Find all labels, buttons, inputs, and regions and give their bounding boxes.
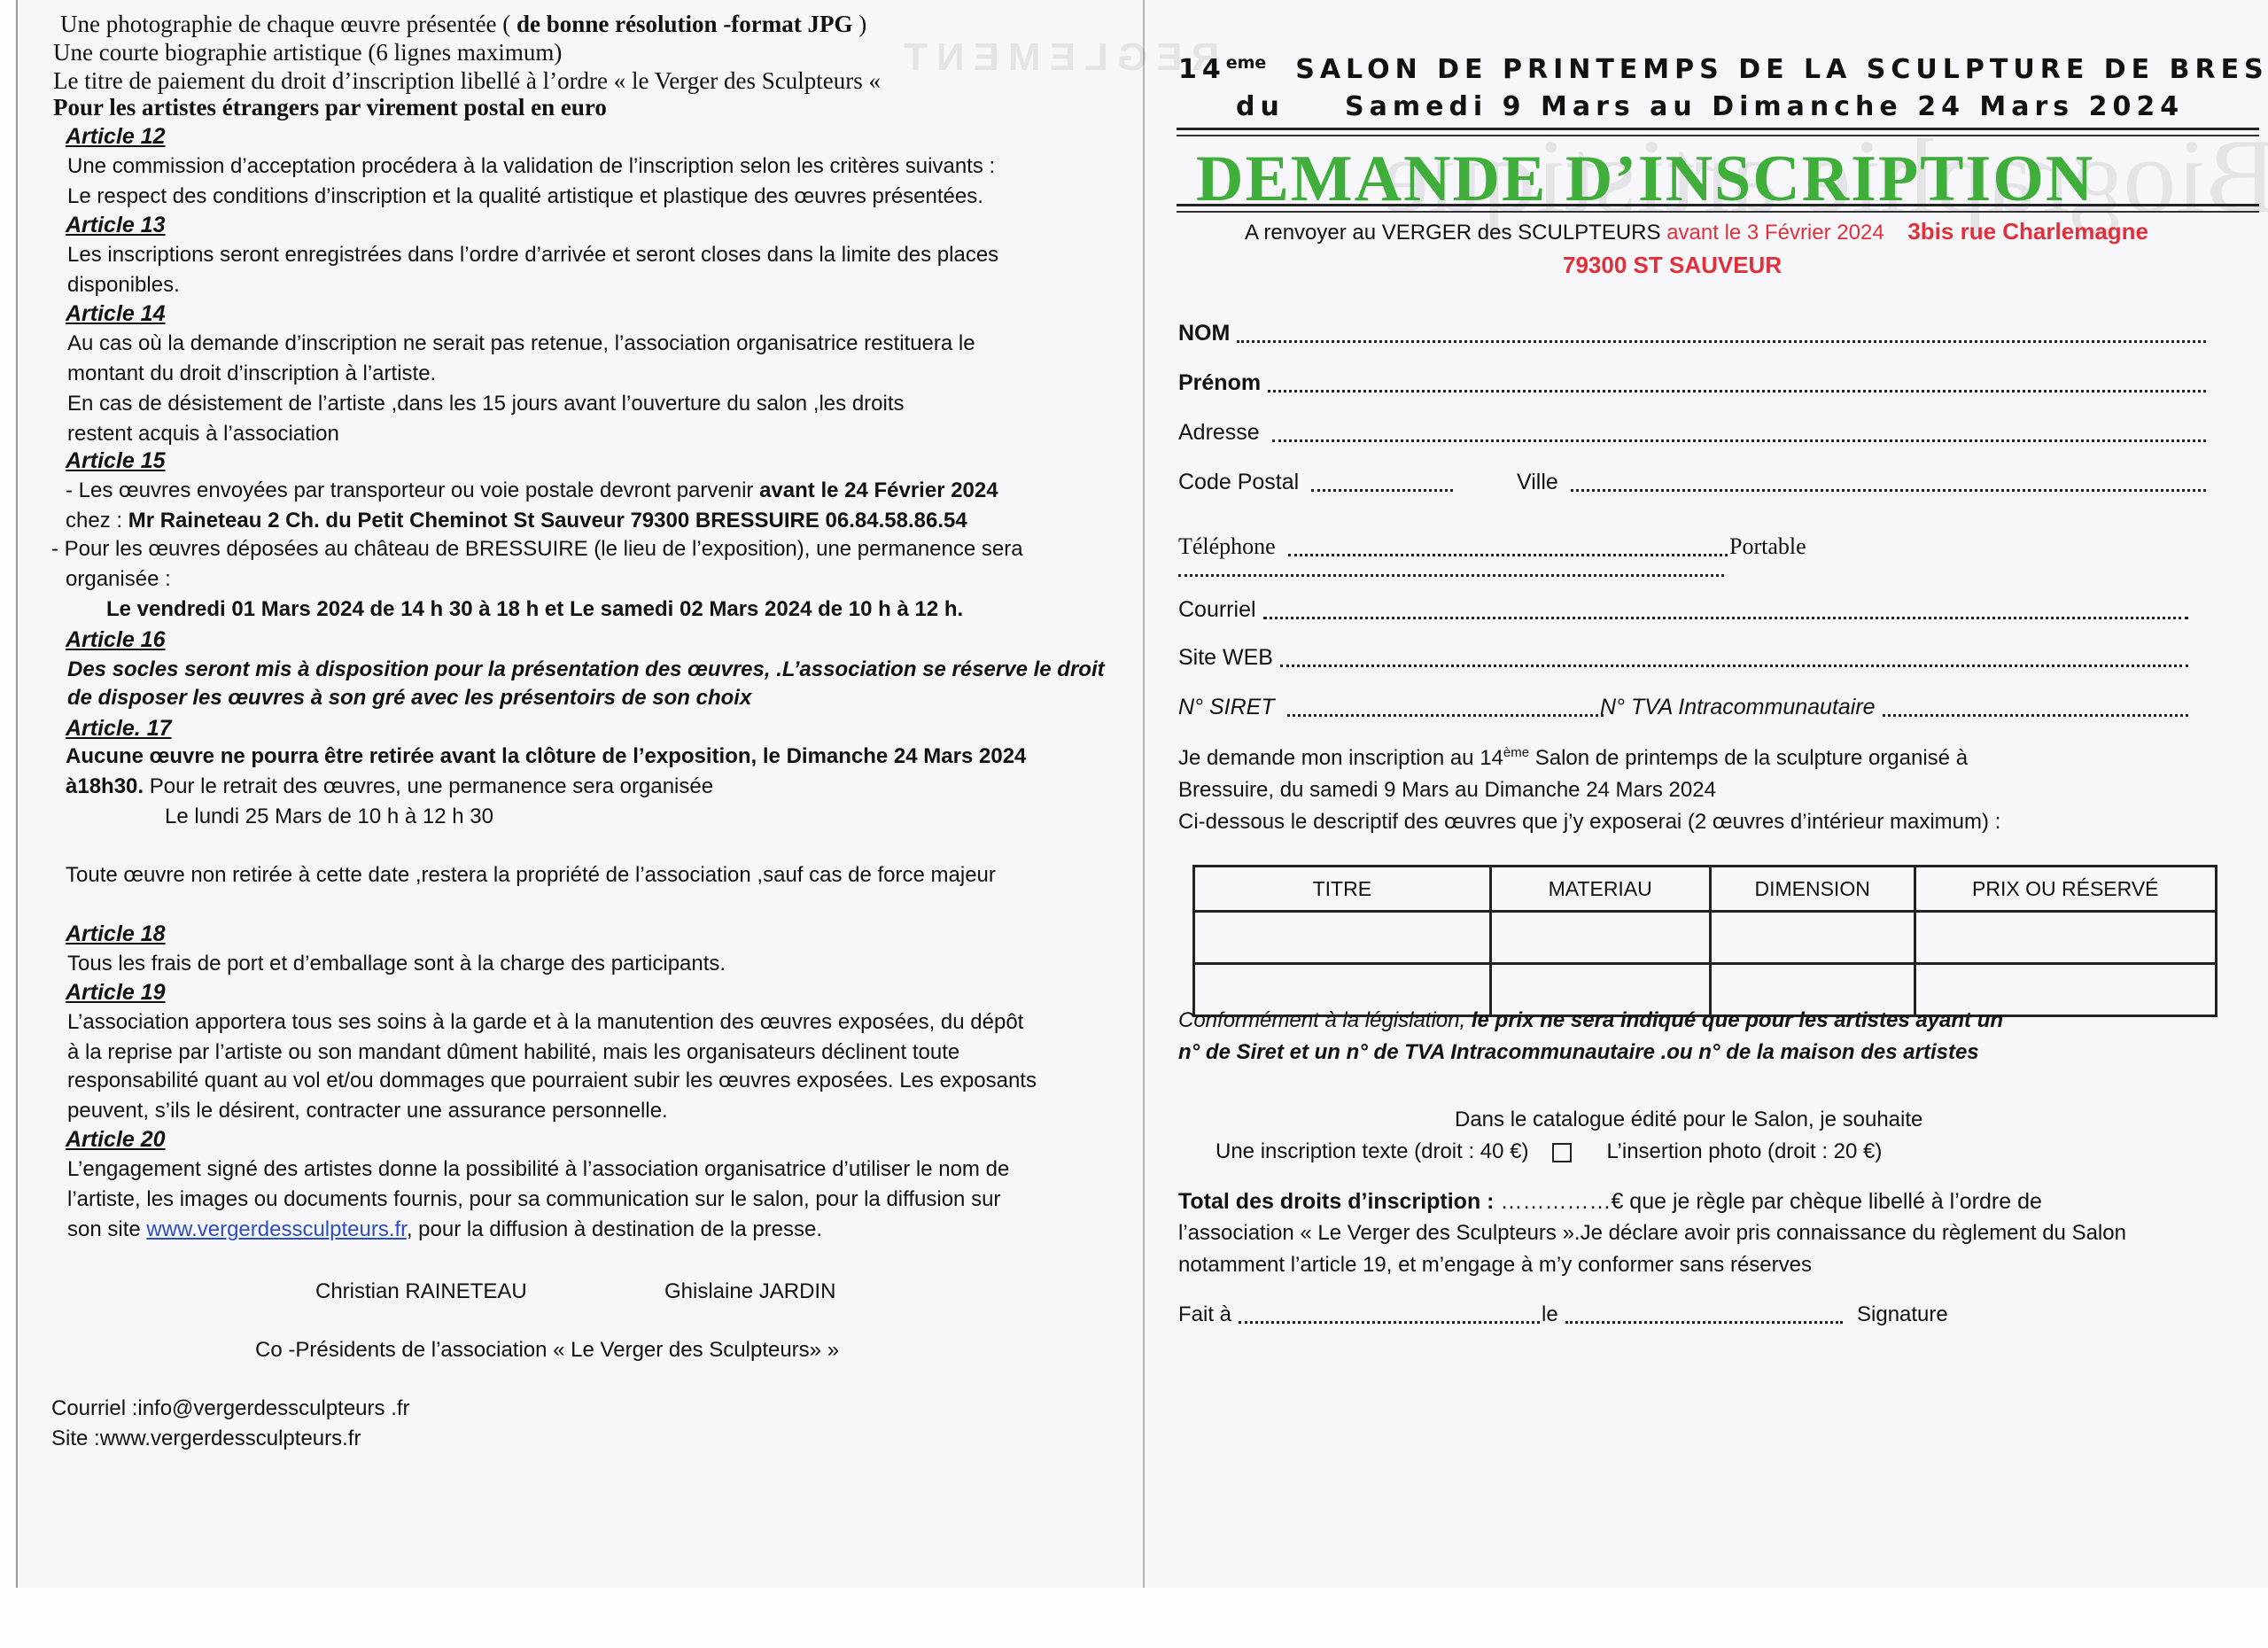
works-table: TITREMATERIAUDIMENSIONPRIX OU RÉSERVÉ	[1192, 865, 2218, 1017]
option-photo-label: L’insertion photo (droit : 20 €)	[1607, 1139, 1883, 1163]
article-line: à18h30. Pour le retrait des œuvres, une …	[66, 776, 713, 797]
adresse-field[interactable]: Adresse	[1178, 420, 2206, 446]
intro-line-photo: Une photographie de chaque œuvre présent…	[60, 12, 866, 36]
option-text-label: Une inscription texte (droit : 40 €)	[1216, 1139, 1529, 1163]
header-rule-top	[1177, 128, 2259, 136]
article-line: L’association apportera tous ses soins à…	[67, 1012, 1023, 1033]
article-line: restent acquis à l’association	[67, 424, 339, 445]
salon-header-dates: Samedi 9 Mars au Dimanche 24 Mars 2024	[1345, 94, 2184, 120]
legal-note-line-2: n° de Siret et un n° de TVA Intracommuna…	[1178, 1042, 1979, 1063]
article-title: Article. 17	[66, 718, 172, 740]
catalogue-options: Une inscription texte (droit : 40 €)L’in…	[1216, 1141, 1882, 1162]
salon-header-du: du	[1236, 94, 1285, 120]
site-web-field[interactable]: Site WEB	[1178, 645, 2188, 671]
works-column-header: MATERIAU	[1490, 867, 1710, 912]
contact-email[interactable]: Courriel :info@vergerdessculpteurs .fr	[51, 1398, 410, 1419]
fait-a-field[interactable]: Fait à	[1178, 1302, 1540, 1327]
salon-header-line1: 14eme SALON DE PRINTEMPS DE LA SCULPTURE…	[1178, 55, 2268, 83]
article-line: à la reprise par l’artiste ou son mandan…	[67, 1042, 959, 1063]
article-line: Le vendredi 01 Mars 2024 de 14 h 30 à 18…	[106, 599, 963, 620]
request-line-2: Bressuire, du samedi 9 Mars au Dimanche …	[1178, 780, 1716, 801]
signature-label: Signature	[1857, 1302, 1948, 1327]
article-title: Article 13	[66, 214, 166, 237]
article-line: Le respect des conditions d’inscription …	[67, 186, 983, 207]
article-title: Article 20	[66, 1129, 166, 1151]
article-title: Article 18	[66, 923, 166, 945]
article-line: l’artiste, les images ou documents fourn…	[67, 1189, 1000, 1210]
website-link[interactable]: www.vergerdessculpteurs.fr	[146, 1217, 406, 1241]
code-postal-field[interactable]: Code Postal	[1178, 470, 1453, 495]
scan-margin	[0, 1588, 2268, 1648]
total-line-3: notamment l’article 19, et m’engage à m’…	[1178, 1255, 1812, 1276]
article-line: - Les œuvres envoyées par transporteur o…	[66, 480, 998, 501]
article-line: Toute œuvre non retirée à cette date ,re…	[66, 865, 996, 886]
signatory-1: Christian RAINETEAU	[315, 1281, 527, 1302]
article-title: Article 19	[66, 982, 166, 1004]
tva-field[interactable]: N° TVA Intracommunautaire	[1600, 695, 2188, 720]
portable-label: Portable	[1729, 533, 1806, 560]
works-cell[interactable]	[1710, 912, 1915, 964]
telephone-field[interactable]: Téléphone	[1178, 533, 1728, 560]
intro-line-payment: Le titre de paiement du droit d’inscript…	[53, 69, 881, 93]
article-line: Les inscriptions seront enregistrées dan…	[67, 245, 998, 266]
article-line: peuvent, s’ils le désirent, contracter u…	[67, 1100, 668, 1122]
works-cell[interactable]	[1915, 912, 2216, 964]
works-cell[interactable]	[1490, 912, 1710, 964]
article-line: Le lundi 25 Mars de 10 h à 12 h 30	[165, 806, 493, 828]
article-title: Article 16	[66, 629, 166, 651]
article-title: Article 14	[66, 303, 166, 325]
courriel-field[interactable]: Courriel	[1178, 597, 2188, 623]
article-title: Article 12	[66, 126, 166, 148]
intro-line-foreign: Pour les artistes étrangers par virement…	[53, 96, 607, 120]
total-line-1: Total des droits d’inscription : ……………€ …	[1178, 1191, 2255, 1213]
article-line: organisée :	[66, 569, 171, 590]
photo-option-checkbox[interactable]	[1552, 1143, 1572, 1162]
signatory-2: Ghislaine JARDIN	[664, 1281, 835, 1302]
article-line: - Pour les œuvres déposées au château de…	[51, 539, 1023, 560]
article-line: disponibles.	[67, 275, 180, 296]
article-line: responsabilité quant au vol et/ou dommag…	[67, 1070, 1037, 1092]
article-title: Article 15	[66, 450, 166, 472]
address-city: 79300 ST SAUVEUR	[1563, 253, 1782, 276]
works-cell[interactable]	[1194, 912, 1491, 964]
article-line: Une commission d’acceptation procédera à…	[67, 156, 995, 177]
article-line: Des socles seront mis à disposition pour…	[67, 659, 1105, 680]
works-column-header: DIMENSION	[1710, 867, 1915, 912]
send-instructions: A renvoyer au VERGER des SCULPTEURS avan…	[1245, 220, 2148, 244]
request-line-1: Je demande mon inscription au 14ème Salo…	[1178, 746, 1968, 769]
article-line: de disposer les œuvres à son gré avec le…	[67, 688, 751, 709]
works-table-row	[1194, 912, 2217, 964]
header-rule-bottom	[1177, 204, 2259, 213]
ville-field[interactable]: Ville	[1517, 470, 2206, 495]
request-line-3: Ci-dessous le descriptif des œuvres que …	[1178, 812, 2000, 833]
article-line: son site www.vergerdessculpteurs.fr, pou…	[67, 1219, 822, 1240]
article-line: chez : Mr Raineteau 2 Ch. du Petit Chemi…	[66, 510, 967, 532]
article-line: En cas de désistement de l’artiste ,dans…	[67, 393, 905, 415]
article-line: Au cas où la demande d’inscription ne se…	[67, 333, 975, 354]
date-field[interactable]: le	[1542, 1302, 1843, 1327]
contact-site[interactable]: Site :www.vergerdessculpteurs.fr	[51, 1428, 361, 1450]
article-line: montant du droit d’inscription à l’artis…	[67, 363, 436, 385]
signatories-role: Co -Présidents de l’association « Le Ver…	[255, 1340, 839, 1361]
intro-line-bio: Une courte biographie artistique (6 lign…	[53, 41, 562, 65]
total-line-2: l’association « Le Verger des Sculpteurs…	[1178, 1223, 2126, 1244]
siret-field[interactable]: N° SIRET	[1178, 695, 1604, 720]
article-line: L’engagement signé des artistes donne la…	[67, 1159, 1009, 1180]
portable-field[interactable]	[1178, 571, 1724, 580]
article-line: Tous les frais de port et d’emballage so…	[67, 953, 726, 975]
works-column-header: PRIX OU RÉSERVÉ	[1915, 867, 2216, 912]
legal-note-line-1: Conformément à la législation, le prix n…	[1178, 1010, 2003, 1031]
article-line: Aucune œuvre ne pourra être retirée avan…	[66, 746, 1026, 767]
works-column-header: TITRE	[1194, 867, 1491, 912]
catalogue-intro: Dans le catalogue édité pour le Salon, j…	[1455, 1109, 1922, 1131]
nom-field[interactable]: NOM	[1178, 321, 2206, 346]
prenom-field[interactable]: Prénom	[1178, 370, 2206, 396]
